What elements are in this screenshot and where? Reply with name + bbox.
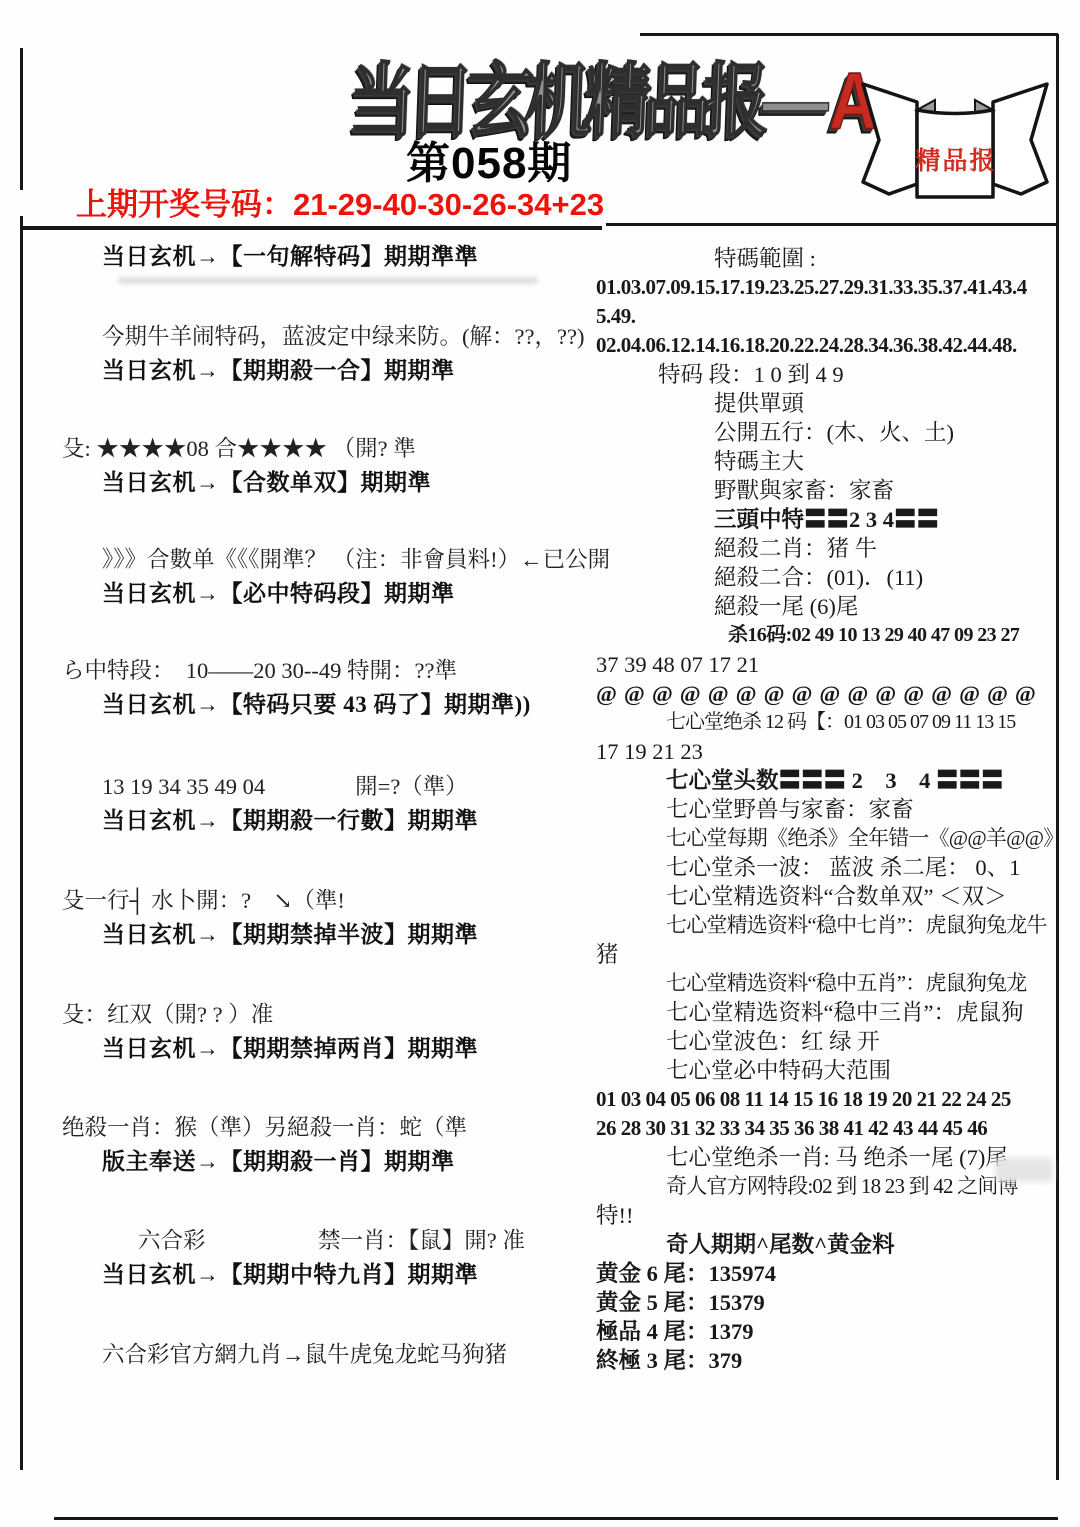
- prediction-line: 七心堂绝杀一肖: 马 绝杀一尾 (7)尾: [596, 1143, 1064, 1172]
- prediction-text: 七心堂精选资料“稳中三肖”：虎鼠狗: [666, 1000, 1023, 1025]
- prediction-line: 特!!: [596, 1201, 1064, 1230]
- tip-section: ら中特段： 10——20 30--49 特開：??準 当日玄机→【特码只要 43…: [0, 656, 600, 720]
- prediction-line: 黄金 5 尾：15379: [596, 1288, 1064, 1317]
- prediction-line: 奇人官方网特段:02 到 18 23 到 42 之间博: [596, 1172, 1064, 1201]
- prediction-line: @@@@@@@@@@@@@@@@: [596, 679, 1064, 708]
- tip-result-line: 当日玄机→【期期殺一合】期期準: [102, 356, 600, 386]
- ribbon-left-wing: [863, 84, 917, 194]
- tip-clue-line: 六合彩官方網九肖→鼠牛虎兔龙蛇马狗猪: [102, 1340, 600, 1370]
- prediction-line: 絕殺一尾 (6)尾: [596, 592, 1064, 621]
- tip-result-line: 当日玄机→【必中特码段】期期準: [102, 579, 600, 609]
- prediction-line: 七心堂绝杀 12 码【：01 03 05 07 09 11 13 15: [596, 708, 1064, 737]
- prediction-text: 黄金 5 尾：15379: [596, 1290, 765, 1315]
- header-divider-left: [20, 226, 602, 230]
- prediction-text: 37 39 48 07 17 21: [596, 652, 759, 677]
- prediction-line: 絕殺二肖：猪 牛: [596, 534, 1064, 563]
- prediction-text: 七心堂头数〓〓〓 2 3 4 〓〓〓: [666, 768, 1004, 793]
- tip-result-line: 当日玄机→【期期禁掉两肖】期期準: [102, 1034, 600, 1064]
- prediction-text: 特碼範圍 :: [714, 246, 816, 271]
- tip-clue-line: 六合彩 禁一肖：【鼠】開? 准: [138, 1226, 600, 1256]
- prediction-line: 三頭中特〓〓2 3 4〓〓: [596, 505, 1064, 534]
- tip-result-line: 当日玄机→【期期中特九肖】期期準: [102, 1260, 600, 1290]
- prediction-line: 七心堂必中特码大范围: [596, 1056, 1064, 1085]
- prediction-text: 終極 3 尾：379: [596, 1348, 742, 1373]
- tip-result-line: 当日玄机→【期期殺一行數】期期準: [102, 806, 600, 836]
- prediction-text: 七心堂野兽与家畜：家畜: [666, 797, 914, 822]
- prediction-text: 26 28 30 31 32 33 34 35 36 38 41 42 43 4…: [596, 1116, 987, 1140]
- prediction-text: 5.49.: [596, 304, 636, 328]
- tip-section: 殳: ★★★★08 合★★★★ （開? 準 当日玄机→【合数单双】期期準: [0, 434, 600, 498]
- tip-section: 殳一行┤ 水卜開：? ↘（準! 当日玄机→【期期禁掉半波】期期準: [0, 886, 600, 950]
- tip-section: 六合彩 禁一肖：【鼠】開? 准 当日玄机→【期期中特九肖】期期準: [0, 1226, 600, 1290]
- prediction-line: 01.03.07.09.15.17.19.23.25.27.29.31.33.3…: [596, 273, 1064, 302]
- prediction-line: 七心堂头数〓〓〓 2 3 4 〓〓〓: [596, 766, 1064, 795]
- prediction-line: 七心堂精选资料“稳中五肖”：虎鼠狗兔龙: [596, 969, 1064, 998]
- prediction-text: 七心堂精选资料“合数单双” ＜双＞: [666, 884, 1007, 909]
- prediction-line: 野獸與家畜：家畜: [596, 476, 1064, 505]
- prediction-line: 02.04.06.12.14.16.18.20.22.24.28.34.36.3…: [596, 331, 1064, 360]
- prediction-text: 17 19 21 23: [596, 739, 703, 764]
- tip-clue-line: 殳: ★★★★08 合★★★★ （開? 準: [62, 434, 600, 464]
- prediction-line: 七心堂精选资料“稳中七肖”：虎鼠狗兔龙牛: [596, 911, 1064, 940]
- prediction-line: 猪: [596, 940, 1064, 969]
- prediction-text: 極品 4 尾：1379: [596, 1319, 754, 1344]
- prediction-line: 終極 3 尾：379: [596, 1346, 1064, 1375]
- prediction-line: 奇人期期^尾数^黄金料: [596, 1230, 1064, 1259]
- prediction-text: 七心堂精选资料“稳中五肖”：虎鼠狗兔龙: [666, 971, 1026, 995]
- prediction-line: 37 39 48 07 17 21: [596, 650, 1064, 679]
- prediction-text: 絕殺二合：(01)．(11): [714, 565, 923, 590]
- prediction-line: 黄金 6 尾：135974: [596, 1259, 1064, 1288]
- prediction-text: 七心堂杀一波： 蓝波 杀二尾： 0、1: [666, 855, 1020, 880]
- prediction-line: 17 19 21 23: [596, 737, 1064, 766]
- prediction-line: 七心堂每期《绝杀》全年错一《@@羊@@》: [596, 824, 1064, 853]
- prediction-text: 提供單頭: [714, 391, 804, 416]
- tip-clue-line: 》》》合數单《《《開準？ （注：非會員料!）←已公開: [102, 545, 600, 575]
- prediction-line: 杀16码:02 49 10 13 29 40 47 09 23 27: [596, 621, 1064, 650]
- prediction-line: 七心堂精选资料“合数单双” ＜双＞: [596, 882, 1064, 911]
- prediction-text: 特码 段：1 0 到 4 9: [658, 362, 844, 387]
- lottery-tip-sheet-page: 当日玄机精品报—A 第058期 上期开奖号码：21-29-40-30-26-34…: [0, 0, 1080, 1527]
- prediction-text: 七心堂绝杀一肖: 马 绝杀一尾 (7)尾: [666, 1145, 1008, 1170]
- prediction-text: 奇人期期^尾数^黄金料: [666, 1232, 895, 1257]
- prediction-line: 26 28 30 31 32 33 34 35 36 38 41 42 43 4…: [596, 1114, 1064, 1143]
- prediction-text: 絕殺一尾 (6)尾: [714, 594, 858, 619]
- tip-clue-line: 今期牛羊闹特码，蓝波定中绿来防。(解：??，??): [102, 322, 600, 352]
- prediction-text: 杀16码:02 49 10 13 29 40 47 09 23 27: [728, 624, 1019, 646]
- tip-section: 13 19 34 35 49 04 開=?（準） 当日玄机→【期期殺一行數】期期…: [0, 772, 600, 836]
- ribbon-banner: 精品报: [855, 56, 1055, 206]
- prediction-line: 公開五行：(木、火、土): [596, 418, 1064, 447]
- prediction-line: 特码 段：1 0 到 4 9: [596, 360, 1064, 389]
- scan-smudge: [118, 277, 538, 284]
- prediction-text: 絕殺二肖：猪 牛: [714, 536, 877, 561]
- tip-result-line: 版主奉送→【期期殺一肖】期期準: [102, 1147, 600, 1177]
- prediction-line: 七心堂精选资料“稳中三肖”：虎鼠狗: [596, 998, 1064, 1027]
- prediction-text: 01 03 04 05 06 08 11 14 15 16 18 19 20 2…: [596, 1087, 1011, 1111]
- prediction-text: 黄金 6 尾：135974: [596, 1261, 776, 1286]
- prediction-text: 猪: [596, 942, 619, 967]
- prediction-text: 七心堂绝杀 12 码【：01 03 05 07 09 11 13 15: [666, 711, 1015, 733]
- prediction-text: @@@@@@@@@@@@@@@@: [596, 681, 1043, 706]
- header-divider-right: [606, 223, 1057, 226]
- tip-result-line: 当日玄机→【特码只要 43 码了】期期準)): [102, 690, 600, 720]
- prediction-text: 02.04.06.12.14.16.18.20.22.24.28.34.36.3…: [596, 333, 1017, 357]
- page-border-bottom: [54, 1517, 1058, 1520]
- prediction-line: 5.49.: [596, 302, 1064, 331]
- prediction-text: 七心堂波色：红 绿 开: [666, 1029, 880, 1054]
- tip-clue-line: 绝殺一肖：猴（準）另絕殺一肖：蛇（準: [62, 1113, 600, 1143]
- tip-section: 》》》合數单《《《開準？ （注：非會員料!）←已公開 当日玄机→【必中特码段】期…: [0, 545, 600, 609]
- prediction-text: 野獸與家畜：家畜: [714, 478, 894, 503]
- prediction-text: 三頭中特〓〓2 3 4〓〓: [714, 507, 939, 532]
- prediction-line: 極品 4 尾：1379: [596, 1317, 1064, 1346]
- prediction-text: 特碼主大: [714, 449, 804, 474]
- tip-section: 六合彩官方網九肖→鼠牛虎兔龙蛇马狗猪: [0, 1340, 600, 1370]
- prediction-text: 特!!: [596, 1203, 634, 1228]
- last-draw-numbers: 上期开奖号码：21-29-40-30-26-34+23: [76, 179, 604, 224]
- right-predictions-column: 特碼範圍 : 01.03.07.09.15.17.19.23.25.27.29.…: [596, 244, 1064, 1375]
- tip-result-line: 当日玄机→【期期禁掉半波】期期準: [102, 920, 600, 950]
- tip-section: 绝殺一肖：猴（準）另絕殺一肖：蛇（準 版主奉送→【期期殺一肖】期期準: [0, 1113, 600, 1177]
- scan-smudge: [995, 1158, 1053, 1182]
- prediction-text: 公開五行：(木、火、土): [714, 420, 954, 445]
- prediction-line: 特碼範圍 :: [596, 244, 1064, 273]
- page-border-left-upper: [20, 48, 23, 190]
- prediction-line: 01 03 04 05 06 08 11 14 15 16 18 19 20 2…: [596, 1085, 1064, 1114]
- tip-clue-line: 13 19 34 35 49 04 開=?（準）: [102, 772, 600, 802]
- prediction-line: 絕殺二合：(01)．(11): [596, 563, 1064, 592]
- tip-section: 当日玄机→【一句解特码】期期準準: [0, 238, 600, 272]
- prediction-line: 特碼主大: [596, 447, 1064, 476]
- prediction-text: 七心堂必中特码大范围: [666, 1058, 891, 1083]
- prediction-line: 七心堂波色：红 绿 开: [596, 1027, 1064, 1056]
- prediction-line: 七心堂野兽与家畜：家畜: [596, 795, 1064, 824]
- tip-clue-line: 殳一行┤ 水卜開：? ↘（準!: [62, 886, 600, 916]
- ribbon-right-wing: [993, 84, 1047, 194]
- prediction-text: 七心堂精选资料“稳中七肖”：虎鼠狗兔龙牛: [666, 913, 1047, 937]
- tip-result-line: 当日玄机→【一句解特码】期期準準: [102, 242, 600, 272]
- tip-clue-line: ら中特段： 10——20 30--49 特開：??準: [62, 656, 600, 686]
- prediction-text: 奇人官方网特段:02 到 18 23 到 42 之间博: [666, 1174, 1018, 1198]
- prediction-text: 01.03.07.09.15.17.19.23.25.27.29.31.33.3…: [596, 275, 1027, 299]
- tip-section: 今期牛羊闹特码，蓝波定中绿来防。(解：??，??) 当日玄机→【期期殺一合】期期…: [0, 322, 600, 386]
- tip-result-line: 当日玄机→【合数单双】期期準: [102, 468, 600, 498]
- tip-clue-line: 殳：红双（開? ? ）准: [62, 1000, 600, 1030]
- tip-section: 殳：红双（開? ? ）准 当日玄机→【期期禁掉两肖】期期準: [0, 1000, 600, 1064]
- prediction-line: 七心堂杀一波： 蓝波 杀二尾： 0、1: [596, 853, 1064, 882]
- prediction-text: 七心堂每期《绝杀》全年错一《@@羊@@》: [666, 826, 1063, 850]
- prediction-line: 提供單頭: [596, 389, 1064, 418]
- ribbon-label: 精品报: [915, 146, 996, 175]
